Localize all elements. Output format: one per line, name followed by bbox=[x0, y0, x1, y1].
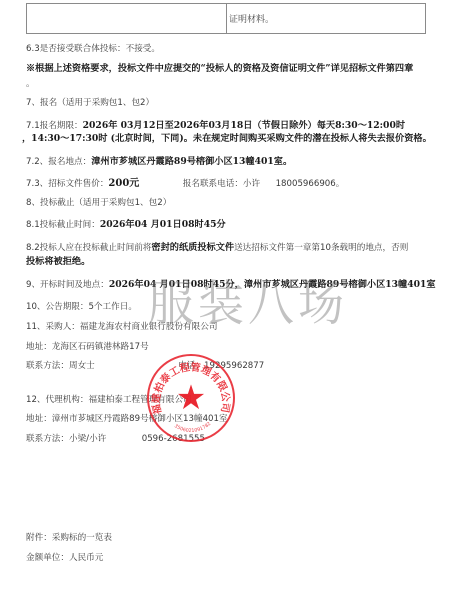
note-period: 。 bbox=[26, 79, 35, 89]
agency-phone: 0596-2681555 bbox=[142, 434, 205, 444]
registration-period-cont: ，14:30～17:30时 (北京时间，下同)。未在规定时间购买采购文件的潜在投… bbox=[22, 133, 432, 144]
sealed-bid-doc: 密封的纸质投标文件 bbox=[151, 242, 234, 253]
section-6-3-value: 不接受。 bbox=[126, 44, 160, 54]
attachment-label: 附件： bbox=[26, 533, 52, 543]
buyer-label: 11、采购人： bbox=[26, 322, 80, 332]
section-8-2-line2: 投标将被拒绝。 bbox=[26, 256, 90, 268]
section-8-1-label: 8.1投标截止时间： bbox=[26, 220, 100, 230]
bid-opening-time-location: 2026年04 月01日08时45分，漳州市芗城区丹霞路89号榕御小区13幢40… bbox=[109, 279, 436, 290]
agency-address: 漳州市芗城区丹霞路89号榕御小区13幢401室 bbox=[52, 414, 228, 424]
section-7-1-line2: ，14:30～17:30时 (北京时间，下同)。未在规定时间购买采购文件的潜在投… bbox=[22, 133, 432, 145]
section-7-title: 7、报名（适用于采购包1、包2） bbox=[26, 98, 154, 109]
section-9: 9、开标时间及地点：2026年04 月01日08时45分，漳州市芗城区丹霞路89… bbox=[26, 279, 436, 291]
section-11-buyer: 11、采购人：福建龙海农村商业银行股份有限公司 bbox=[26, 322, 217, 333]
qualification-note-text: ※根据上述资格要求，投标文件中应提交的“投标人的资格及资信证明文件”详见招标文件… bbox=[26, 63, 413, 74]
table-cell-right: 证明材料。 bbox=[227, 4, 425, 33]
agency-contact-label: 联系方法： bbox=[26, 434, 69, 444]
section-9-label: 9、开标时间及地点： bbox=[26, 280, 109, 290]
attachment-line: 附件：采购标的一览表 bbox=[26, 533, 112, 544]
section-11-contact: 联系方法：周女士 电话：19295962877 bbox=[26, 361, 264, 372]
currency-label: 金额单位： bbox=[26, 553, 69, 563]
section-7-2-label: 7.2、报名地点： bbox=[26, 157, 91, 167]
bid-deadline: 2026年04 月01日08时45分 bbox=[100, 219, 226, 230]
registration-contact-label: 报名联系电话：小许 bbox=[183, 179, 260, 189]
agency-contact-name: 小梁/小许 bbox=[69, 434, 106, 444]
section-7-2: 7.2、报名地点：漳州市芗城区丹霞路89号榕御小区13幢401室。 bbox=[26, 156, 292, 168]
section-8-2-text-b: 送达招标文件第一章第10条载明的地点，否则 bbox=[234, 243, 408, 253]
section-12-agency: 12、代理机构：福建柏泰工程管理有限公司 bbox=[26, 395, 192, 406]
table-cell-left bbox=[27, 4, 227, 33]
buyer-name: 福建龙海农村商业银行股份有限公司 bbox=[80, 322, 218, 332]
section-6-3: 6.3是否接受联合体投标：不接受。 bbox=[26, 44, 160, 55]
buyer-contact-label: 联系方法： bbox=[26, 361, 69, 371]
section-8-2-text-a: 8.2投标人应在投标截止时间前将 bbox=[26, 243, 151, 253]
registration-contact-phone: 18005966906。 bbox=[276, 179, 345, 189]
buyer-contact-name: 周女士 bbox=[69, 361, 95, 371]
qualification-table-row: 证明材料。 bbox=[26, 3, 426, 34]
section-10: 10、公告期限：5个工作日。 bbox=[26, 302, 137, 313]
buyer-address: 龙海区石码镇港林路17号 bbox=[52, 342, 149, 352]
document-price: 200元 bbox=[108, 178, 139, 189]
currency-value: 人民币元 bbox=[69, 553, 103, 563]
section-8-1: 8.1投标截止时间：2026年04 月01日08时45分 bbox=[26, 219, 226, 231]
currency-line: 金额单位：人民币元 bbox=[26, 553, 103, 564]
section-10-label: 10、公告期限： bbox=[26, 302, 89, 312]
qualification-note: ※根据上述资格要求，投标文件中应提交的“投标人的资格及资信证明文件”详见招标文件… bbox=[26, 63, 413, 75]
buyer-phone: 19295962877 bbox=[204, 361, 264, 371]
agency-address-label: 地址： bbox=[26, 414, 52, 424]
document-page: 证明材料。 6.3是否接受联合体投标：不接受。 ※根据上述资格要求，投标文件中应… bbox=[0, 0, 450, 600]
bid-rejected-note: 投标将被拒绝。 bbox=[26, 256, 90, 267]
section-8-2-line1: 8.2投标人应在投标截止时间前将密封的纸质投标文件送达招标文件第一章第10条载明… bbox=[26, 242, 408, 254]
agency-label: 12、代理机构： bbox=[26, 395, 89, 405]
agency-name: 福建柏泰工程管理有限公司 bbox=[89, 395, 192, 405]
section-7-1-label: 7.1报名期限： bbox=[26, 121, 83, 131]
section-7-1-line1: 7.1报名期限：2026年 03月12日至2026年03月18日（节假日除外）每… bbox=[26, 120, 405, 132]
section-6-3-label: 6.3是否接受联合体投标： bbox=[26, 44, 126, 54]
buyer-address-label: 地址： bbox=[26, 342, 52, 352]
section-11-address: 地址：龙海区石码镇港林路17号 bbox=[26, 342, 149, 353]
announcement-period: 5个工作日。 bbox=[89, 302, 137, 312]
section-8-title: 8、投标截止（适用于采购包1、包2） bbox=[26, 198, 171, 209]
section-7-3-label: 7.3、招标文件售价： bbox=[26, 179, 108, 189]
registration-period: 2026年 03月12日至2026年03月18日（节假日除外）每天8:30～12… bbox=[83, 120, 405, 131]
registration-location: 漳州市芗城区丹霞路89号榕御小区13幢401室。 bbox=[91, 156, 292, 167]
qualification-note-continuation: 。 bbox=[26, 79, 35, 90]
buyer-phone-label: 电话： bbox=[178, 361, 204, 371]
section-12-address: 地址：漳州市芗城区丹霞路89号榕御小区13幢401室 bbox=[26, 414, 228, 425]
attachment-name: 采购标的一览表 bbox=[52, 533, 112, 543]
section-7-3: 7.3、招标文件售价：200元 报名联系电话：小许 18005966906。 bbox=[26, 178, 344, 190]
section-12-contact: 联系方法：小梁/小许 0596-2681555 bbox=[26, 434, 205, 445]
